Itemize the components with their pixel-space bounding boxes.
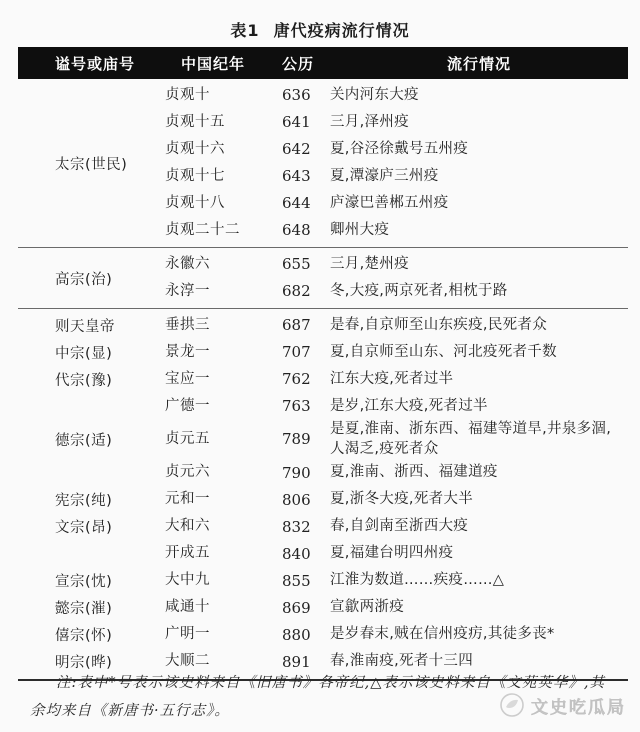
- year-cell: 648: [282, 220, 330, 240]
- year-cell: 880: [282, 625, 330, 645]
- table-number: 表1: [230, 21, 259, 40]
- era-cell: 大和六: [165, 517, 282, 537]
- era-cell: 贞观十六: [165, 140, 282, 160]
- emperor-label: [18, 459, 165, 486]
- era-cell: 垂拱三: [165, 316, 282, 336]
- era-cell: 景龙一: [165, 343, 282, 363]
- desc-cell: 春,自剑南至浙西大疫: [330, 517, 628, 537]
- table-row: 贞元五789是夏,淮南、浙东西、福建等道旱,井泉多涸,人渴乏,疫死者众: [165, 420, 628, 459]
- era-cell: 贞观十七: [165, 167, 282, 187]
- table-row: 贞观十636关内河东大疫: [165, 82, 628, 109]
- era-rows: 开成五840夏,福建台明四州疫: [165, 540, 628, 567]
- table-row: 永淳一682冬,大疫,两京死者,相枕于路: [165, 278, 628, 305]
- year-cell: 687: [282, 315, 330, 335]
- era-cell: 永淳一: [165, 282, 282, 302]
- emperor-group: 德宗(适)贞元五789是夏,淮南、浙东西、福建等道旱,井泉多涸,人渴乏,疫死者众: [18, 420, 628, 459]
- era-rows: 咸通十869宣歙两浙疫: [165, 594, 628, 621]
- emperor-group: 广德一763是岁,江东大疫,死者过半: [18, 393, 628, 420]
- emperor-label: 太宗(世民): [18, 82, 165, 244]
- era-cell: 开成五: [165, 544, 282, 564]
- emperor-label: 高宗(治): [18, 251, 165, 305]
- table-header-row: 谥号或庙号 中国纪年 公历 流行情况: [18, 47, 628, 79]
- year-cell: 806: [282, 490, 330, 510]
- year-cell: 641: [282, 112, 330, 132]
- table-row: 贞观十六642夏,谷泾徐戴号五州疫: [165, 136, 628, 163]
- era-rows: 广明一880是岁春末,贼在信州疫疠,其徒多丧*: [165, 621, 628, 648]
- emperor-label: [18, 540, 165, 567]
- year-cell: 642: [282, 139, 330, 159]
- emperor-group: 开成五840夏,福建台明四州疫: [18, 540, 628, 567]
- desc-cell: 江东大疫,死者过半: [330, 370, 628, 390]
- desc-cell: 关内河东大疫: [330, 86, 628, 106]
- emperor-label: 宪宗(纯): [18, 486, 165, 513]
- table-row: 大和六832春,自剑南至浙西大疫: [165, 513, 628, 540]
- era-cell: 咸通十: [165, 598, 282, 618]
- era-cell: 贞观十五: [165, 113, 282, 133]
- header-temple-name: 谥号或庙号: [18, 53, 165, 74]
- desc-cell: 夏,福建台明四州疫: [330, 544, 628, 564]
- emperor-label: 僖宗(怀): [18, 621, 165, 648]
- year-cell: 832: [282, 517, 330, 537]
- table-body: 太宗(世民)贞观十636关内河东大疫贞观十五641三月,泽州疫贞观十六642夏,…: [18, 79, 628, 675]
- header-gregorian-year: 公历: [282, 53, 330, 74]
- emperor-label: 宣宗(忱): [18, 567, 165, 594]
- table-row: 垂拱三687是春,自京师至山东疾疫,民死者众: [165, 312, 628, 339]
- desc-cell: 庐濠巴善郴五州疫: [330, 194, 628, 214]
- year-cell: 789: [282, 429, 330, 449]
- table-row: 宝应一762江东大疫,死者过半: [165, 366, 628, 393]
- year-cell: 790: [282, 463, 330, 483]
- section-divider: [18, 247, 628, 248]
- era-cell: 贞元六: [165, 463, 282, 483]
- table-row: 贞观十五641三月,泽州疫: [165, 109, 628, 136]
- emperor-group: 僖宗(怀)广明一880是岁春末,贼在信州疫疠,其徒多丧*: [18, 621, 628, 648]
- section-divider: [18, 308, 628, 309]
- era-rows: 广德一763是岁,江东大疫,死者过半: [165, 393, 628, 420]
- table-row: 元和一806夏,浙冬大疫,死者大半: [165, 486, 628, 513]
- epidemic-table: 谥号或庙号 中国纪年 公历 流行情况 太宗(世民)贞观十636关内河东大疫贞观十…: [18, 47, 628, 681]
- era-rows: 宝应一762江东大疫,死者过半: [165, 366, 628, 393]
- desc-cell: 宣歙两浙疫: [330, 598, 628, 618]
- era-rows: 贞观十636关内河东大疫贞观十五641三月,泽州疫贞观十六642夏,谷泾徐戴号五…: [165, 82, 628, 244]
- table-row: 广德一763是岁,江东大疫,死者过半: [165, 393, 628, 420]
- era-cell: 大中九: [165, 571, 282, 591]
- era-cell: 广德一: [165, 397, 282, 417]
- emperor-group: 代宗(豫)宝应一762江东大疫,死者过半: [18, 366, 628, 393]
- desc-cell: 夏,浙冬大疫,死者大半: [330, 490, 628, 510]
- table-row: 广明一880是岁春末,贼在信州疫疠,其徒多丧*: [165, 621, 628, 648]
- table-row: 开成五840夏,福建台明四州疫: [165, 540, 628, 567]
- era-cell: 元和一: [165, 490, 282, 510]
- era-rows: 大中九855江淮为数道……疾疫……△: [165, 567, 628, 594]
- emperor-group: 中宗(显)景龙一707夏,自京师至山东、河北疫死者千数: [18, 339, 628, 366]
- year-cell: 762: [282, 369, 330, 389]
- emperor-group: 宪宗(纯)元和一806夏,浙冬大疫,死者大半: [18, 486, 628, 513]
- page-title: 表1唐代疫病流行情况: [0, 0, 640, 41]
- era-rows: 永徽六655三月,楚州疫永淳一682冬,大疫,两京死者,相枕于路: [165, 251, 628, 305]
- desc-cell: 卿州大疫: [330, 221, 628, 241]
- year-cell: 840: [282, 544, 330, 564]
- emperor-label: 德宗(适): [18, 420, 165, 459]
- header-chinese-era: 中国纪年: [165, 53, 282, 74]
- era-rows: 贞元六790夏,淮南、浙西、福建道疫: [165, 459, 628, 486]
- era-rows: 元和一806夏,浙冬大疫,死者大半: [165, 486, 628, 513]
- emperor-group: 太宗(世民)贞观十636关内河东大疫贞观十五641三月,泽州疫贞观十六642夏,…: [18, 82, 628, 244]
- table-row: 咸通十869宣歙两浙疫: [165, 594, 628, 621]
- desc-cell: 是岁,江东大疫,死者过半: [330, 397, 628, 417]
- desc-cell: 夏,谷泾徐戴号五州疫: [330, 140, 628, 160]
- watermark-text: 文史吃瓜局: [531, 693, 626, 718]
- era-cell: 广明一: [165, 625, 282, 645]
- table-row: 贞元六790夏,淮南、浙西、福建道疫: [165, 459, 628, 486]
- desc-cell: 夏,自京师至山东、河北疫死者千数: [330, 343, 628, 363]
- emperor-label: [18, 393, 165, 420]
- desc-cell: 夏,淮南、浙西、福建道疫: [330, 463, 628, 483]
- scanned-table-page: 表1唐代疫病流行情况 谥号或庙号 中国纪年 公历 流行情况 太宗(世民)贞观十6…: [0, 0, 640, 732]
- year-cell: 855: [282, 571, 330, 591]
- year-cell: 643: [282, 166, 330, 186]
- emperor-group: 则天皇帝垂拱三687是春,自京师至山东疾疫,民死者众: [18, 312, 628, 339]
- table-row: 大中九855江淮为数道……疾疫……△: [165, 567, 628, 594]
- desc-cell: 三月,楚州疫: [330, 255, 628, 275]
- era-rows: 大和六832春,自剑南至浙西大疫: [165, 513, 628, 540]
- table-row: 永徽六655三月,楚州疫: [165, 251, 628, 278]
- year-cell: 869: [282, 598, 330, 618]
- year-cell: 655: [282, 254, 330, 274]
- year-cell: 644: [282, 193, 330, 213]
- emperor-group: 文宗(昂)大和六832春,自剑南至浙西大疫: [18, 513, 628, 540]
- emperor-label: 代宗(豫): [18, 366, 165, 393]
- desc-cell: 是岁春末,贼在信州疫疠,其徒多丧*: [330, 625, 628, 645]
- emperor-label: 则天皇帝: [18, 312, 165, 339]
- year-cell: 763: [282, 396, 330, 416]
- desc-cell: 是夏,淮南、浙东西、福建等道旱,井泉多涸,人渴乏,疫死者众: [330, 420, 628, 459]
- emperor-group: 贞元六790夏,淮南、浙西、福建道疫: [18, 459, 628, 486]
- emperor-group: 宣宗(忱)大中九855江淮为数道……疾疫……△: [18, 567, 628, 594]
- era-rows: 贞元五789是夏,淮南、浙东西、福建等道旱,井泉多涸,人渴乏,疫死者众: [165, 420, 628, 459]
- era-cell: 贞观十: [165, 86, 282, 106]
- table-row: 贞观十八644庐濠巴善郴五州疫: [165, 190, 628, 217]
- era-cell: 永徽六: [165, 255, 282, 275]
- header-epidemic-situation: 流行情况: [330, 53, 628, 74]
- emperor-group: 懿宗(漼)咸通十869宣歙两浙疫: [18, 594, 628, 621]
- emperor-group: 高宗(治)永徽六655三月,楚州疫永淳一682冬,大疫,两京死者,相枕于路: [18, 251, 628, 305]
- emperor-label: 懿宗(漼): [18, 594, 165, 621]
- year-cell: 636: [282, 85, 330, 105]
- era-cell: 贞观二十二: [165, 221, 282, 241]
- desc-cell: 江淮为数道……疾疫……△: [330, 571, 628, 591]
- emperor-label: 文宗(昂): [18, 513, 165, 540]
- desc-cell: 三月,泽州疫: [330, 113, 628, 133]
- desc-cell: 是春,自京师至山东疾疫,民死者众: [330, 316, 628, 336]
- year-cell: 891: [282, 652, 330, 672]
- watermark-logo-icon: [499, 692, 525, 718]
- era-cell: 贞元五: [165, 430, 282, 450]
- era-cell: 宝应一: [165, 370, 282, 390]
- desc-cell: 春,淮南疫,死者十三四: [330, 652, 628, 672]
- table-row: 贞观二十二648卿州大疫: [165, 217, 628, 244]
- table-row: 景龙一707夏,自京师至山东、河北疫死者千数: [165, 339, 628, 366]
- era-cell: 贞观十八: [165, 194, 282, 214]
- year-cell: 707: [282, 342, 330, 362]
- era-cell: 大顺二: [165, 652, 282, 672]
- desc-cell: 夏,潭濠庐三州疫: [330, 167, 628, 187]
- year-cell: 682: [282, 281, 330, 301]
- table-row: 贞观十七643夏,潭濠庐三州疫: [165, 163, 628, 190]
- era-rows: 景龙一707夏,自京师至山东、河北疫死者千数: [165, 339, 628, 366]
- era-rows: 垂拱三687是春,自京师至山东疾疫,民死者众: [165, 312, 628, 339]
- watermark: 文史吃瓜局: [499, 692, 626, 718]
- table-title-text: 唐代疫病流行情况: [274, 21, 410, 40]
- emperor-label: 中宗(显): [18, 339, 165, 366]
- desc-cell: 冬,大疫,两京死者,相枕于路: [330, 282, 628, 302]
